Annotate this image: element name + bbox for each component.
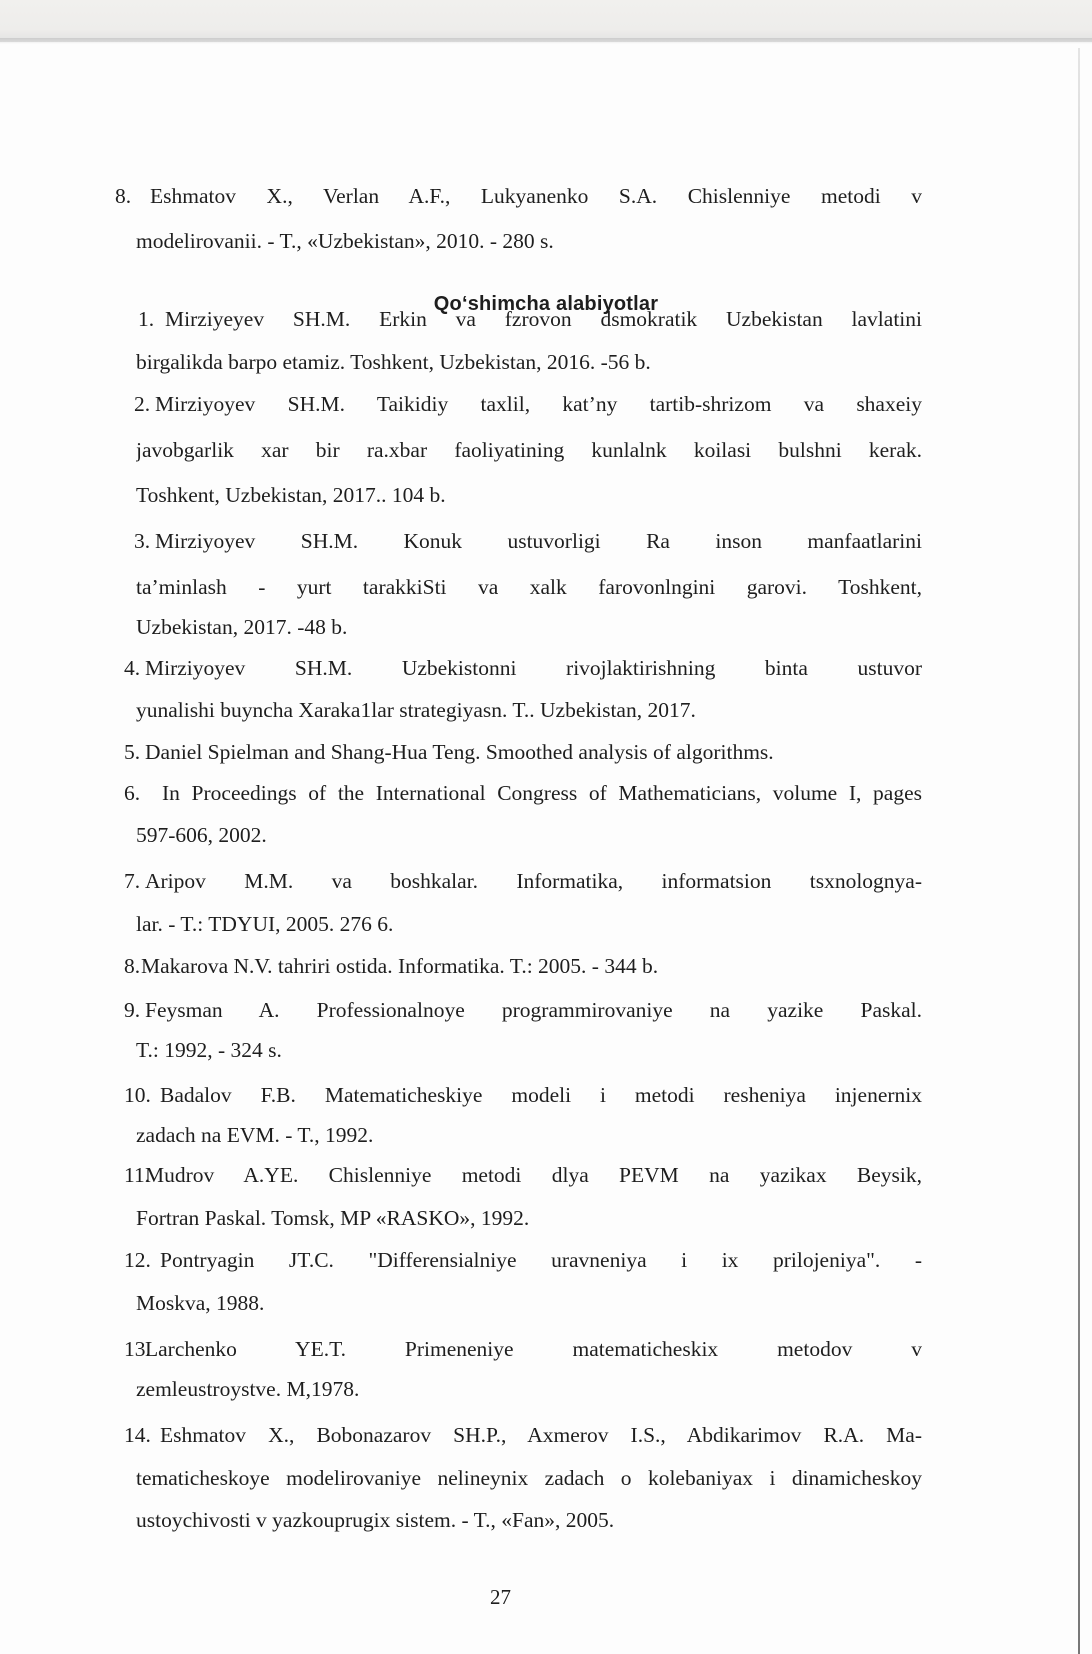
reference-number: 7.: [124, 868, 140, 894]
scan-top-band: [0, 0, 1092, 42]
reference-number: 1.: [138, 306, 154, 332]
reference-number: 8.: [124, 953, 140, 979]
reference-line: Toshkent, Uzbekistan, 2017.. 104 b.: [136, 482, 446, 508]
reference-line: Fortran Paskal. Tomsk, MP «RASKO», 1992.: [136, 1205, 529, 1231]
reference-line: ustoychivosti v yazkouprugix sistem. - T…: [136, 1507, 614, 1533]
reference-line: javobgarlik xar bir ra.xbar faoliyatinin…: [136, 437, 922, 463]
reference-line: Moskva, 1988.: [136, 1290, 264, 1316]
page-edge: [1078, 48, 1080, 1654]
reference-line: Eshmatov X., Bobonazarov SH.P., Axmerov …: [160, 1422, 922, 1448]
reference-number: 6.: [124, 780, 140, 806]
scan-shadow: [0, 38, 1092, 44]
page-number: 27: [490, 1584, 511, 1610]
reference-line: Uzbekistan, 2017. -48 b.: [136, 614, 347, 640]
reference-number: 8.: [115, 183, 131, 209]
reference-line: Pontryagin JT.C. "Differensialniye uravn…: [160, 1247, 922, 1273]
reference-number: 14.: [124, 1422, 151, 1448]
reference-line: Mirziyoyev SH.M. Taikidiy taxlil, kat’ny…: [155, 391, 922, 417]
reference-line: zemleustroystve. M,1978.: [136, 1376, 359, 1402]
reference-number: 5.: [124, 739, 140, 765]
reference-number: 3.: [134, 528, 150, 554]
reference-line: Aripov M.M. va boshkalar. Informatika, i…: [145, 868, 922, 894]
reference-line: Mirziyoyev SH.M. Konuk ustuvorligi Ra in…: [155, 528, 922, 554]
reference-number: 10.: [124, 1082, 151, 1108]
reference-number: 12.: [124, 1247, 151, 1273]
reference-line: ta’minlash - yurt tarakkiSti va xalk far…: [136, 574, 922, 600]
reference-line: zadach na EVM. - T., 1992.: [136, 1122, 373, 1148]
reference-line: In Proceedings of the International Cong…: [162, 780, 922, 806]
reference-line: Mirziyoyev SH.M. Uzbekistonni rivojlakti…: [145, 655, 922, 681]
reference-line: modelirovanii. - T., «Uzbekistan», 2010.…: [136, 228, 554, 254]
reference-line: Daniel Spielman and Shang-Hua Teng. Smoo…: [145, 739, 774, 765]
reference-line: yunalishi buyncha Xaraka1lar strategiyas…: [136, 697, 696, 723]
reference-line: lar. - T.: TDYUI, 2005. 276 6.: [136, 911, 393, 937]
reference-line: Eshmatov X., Verlan A.F., Lukyanenko S.A…: [150, 183, 922, 209]
reference-line: Mirziyeyev SH.M. Erkin va fzrovon dsmokr…: [165, 306, 922, 332]
reference-line: Badalov F.B. Matematicheskiye modeli i m…: [160, 1082, 922, 1108]
reference-line: Feysman A. Professionalnoye programmirov…: [145, 997, 922, 1023]
reference-line: Makarova N.V. tahriri ostida. Informatik…: [141, 953, 658, 979]
reference-number: 4.: [124, 655, 140, 681]
reference-line: 597-606, 2002.: [136, 822, 267, 848]
reference-line: Mudrov A.YE. Chislenniye metodi dlya PEV…: [145, 1162, 922, 1188]
reference-line: Larchenko YE.T. Primeneniye matematiches…: [145, 1336, 922, 1362]
reference-number: 2.: [134, 391, 150, 417]
reference-line: birgalikda barpo etamiz. Toshkent, Uzbek…: [136, 349, 651, 375]
reference-line: T.: 1992, - 324 s.: [136, 1037, 282, 1063]
reference-line: tematicheskoye modelirovaniye nelineynix…: [136, 1465, 922, 1491]
reference-number: 9.: [124, 997, 140, 1023]
